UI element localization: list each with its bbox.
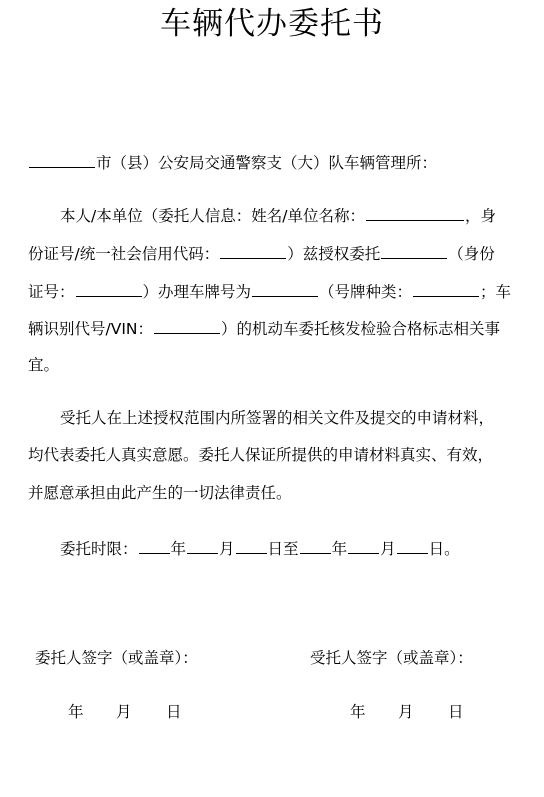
start-year-blank[interactable]: [139, 537, 170, 554]
addressee-line: 市（县）公安局交通警察支（大）队车辆管理所：: [28, 151, 437, 174]
end-day-blank[interactable]: [397, 537, 428, 554]
principal-date-month: 月: [116, 701, 132, 723]
agent-name-blank[interactable]: [381, 242, 447, 259]
para2-line1: 受托人在上述授权范围内所签署的相关文件及提交的申请材料，: [60, 407, 494, 429]
period-text: 年: [332, 540, 348, 558]
principal-date-year: 年: [68, 701, 84, 723]
para1-line3: 证号：）办理车牌号为（号牌种类：；车: [28, 280, 511, 303]
para2-line2: 均代表委托人真实意愿。委托人保证所提供的申请材料真实、有效，: [28, 444, 493, 466]
period-text: 日至: [268, 540, 299, 558]
vin-blank[interactable]: [154, 317, 220, 334]
para1-text: 份证号/统一社会信用代码：: [28, 245, 219, 263]
end-year-blank[interactable]: [300, 537, 331, 554]
para1-text: 辆识别代号/VIN：: [28, 320, 153, 338]
agent-date-month: 月: [398, 701, 414, 723]
plate-number-blank[interactable]: [252, 280, 318, 297]
para1-text: 证号：: [28, 283, 75, 301]
para1-line4: 辆识别代号/VIN：）的机动车委托核发检验合格标志相关事: [28, 317, 500, 340]
period-text: 日。: [429, 540, 460, 558]
para1-line2: 份证号/统一社会信用代码：）兹授权委托（身份: [28, 242, 495, 265]
para1-text: ）办理车牌号为: [143, 283, 252, 301]
para1-line1: 本人/本单位（委托人信息：姓名/单位名称：，身: [60, 204, 496, 227]
period-line: 委托时限：年月日至年月日。: [60, 537, 460, 560]
period-text: 年: [171, 540, 187, 558]
para1-line5: 宜。: [28, 354, 59, 376]
city-blank[interactable]: [29, 151, 95, 168]
addressee-text: 市（县）公安局交通警察支（大）队车辆管理所：: [96, 154, 437, 172]
agent-signature-label: 受托人签字（或盖章）：: [310, 647, 473, 669]
para1-text: （身份: [448, 245, 495, 263]
principal-name-blank[interactable]: [366, 204, 464, 221]
para2-line3: 并愿意承担由此产生的一切法律责任。: [28, 482, 292, 504]
principal-date-day: 日: [166, 701, 182, 723]
document-title: 车辆代办委托书: [0, 2, 544, 46]
para1-text: ）兹授权委托: [287, 245, 380, 263]
end-month-blank[interactable]: [348, 537, 379, 554]
para1-text: ，身: [465, 207, 496, 225]
plate-type-blank[interactable]: [413, 280, 479, 297]
principal-id-blank[interactable]: [220, 242, 286, 259]
period-text: 月: [219, 540, 235, 558]
start-day-blank[interactable]: [236, 537, 267, 554]
agent-date-day: 日: [448, 701, 464, 723]
agent-id-blank[interactable]: [76, 280, 142, 297]
period-label: 委托时限：: [60, 540, 138, 558]
para1-text: （号牌种类：: [319, 283, 412, 301]
para1-text: ；车: [480, 283, 511, 301]
agent-date-year: 年: [350, 701, 366, 723]
para1-text: 宜。: [28, 356, 59, 374]
start-month-blank[interactable]: [187, 537, 218, 554]
para1-text: 本人/本单位（委托人信息：姓名/单位名称：: [60, 207, 365, 225]
principal-signature-label: 委托人签字（或盖章）：: [35, 647, 198, 669]
period-text: 月: [380, 540, 396, 558]
para1-text: ）的机动车委托核发检验合格标志相关事: [221, 320, 500, 338]
